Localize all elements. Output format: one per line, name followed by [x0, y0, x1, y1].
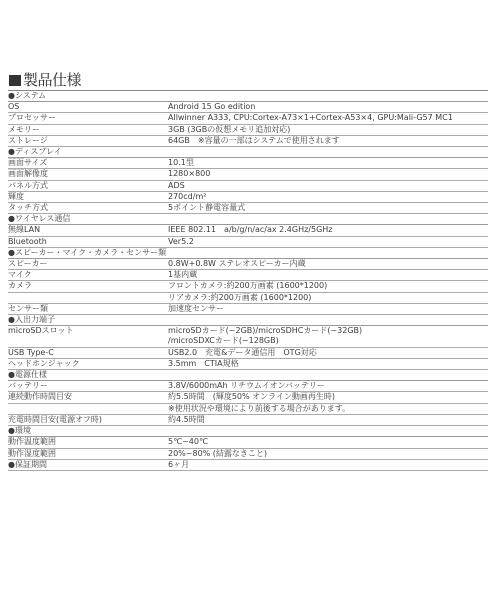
- spec-value-line: 1280×800: [168, 169, 488, 179]
- spec-value: IEEE 802.11 a/b/g/n/ac/ax 2.4GHz/5GHz: [168, 225, 488, 235]
- spec-row: 輝度270cd/m²: [8, 192, 488, 203]
- spec-row: OSAndroid 15 Go edition: [8, 102, 488, 113]
- spec-key: 輝度: [8, 192, 168, 202]
- spec-key: [8, 293, 168, 303]
- spec-key: 動作温度範囲: [8, 437, 168, 447]
- section-heading: ●環境: [8, 426, 488, 437]
- spec-value-line: 5ポイント静電容量式: [168, 203, 488, 213]
- spec-row: パネル方式ADS: [8, 181, 488, 192]
- spec-value: 0.8W+0.8W ステレオスピーカー内蔵: [168, 259, 488, 269]
- spec-value-line: IEEE 802.11 a/b/g/n/ac/ax 2.4GHz/5GHz: [168, 225, 488, 235]
- spec-title: 製品仕様: [9, 72, 81, 89]
- spec-value-line: ADS: [168, 181, 488, 191]
- spec-value: 約4.5時間: [168, 415, 488, 425]
- spec-key: Bluetooth: [8, 237, 168, 247]
- spec-row: スピーカー0.8W+0.8W ステレオスピーカー内蔵: [8, 259, 488, 270]
- spec-value-line: /microSDXCカード(~128GB): [168, 336, 488, 346]
- spec-value: 3GB (3GBの仮想メモリ追加対応): [168, 125, 488, 135]
- spec-key: 充電時間目安(電源オフ時): [8, 415, 168, 425]
- spec-value-line: 0.8W+0.8W ステレオスピーカー内蔵: [168, 259, 488, 269]
- section-heading-label: ●ディスプレイ: [8, 147, 62, 157]
- spec-table: ●システムOSAndroid 15 Go editionプロセッサーAllwin…: [8, 90, 488, 471]
- section-heading: ●システム: [8, 91, 488, 102]
- spec-row: 無線LANIEEE 802.11 a/b/g/n/ac/ax 2.4GHz/5G…: [8, 225, 488, 236]
- spec-key: ●保証期間: [8, 460, 168, 470]
- spec-key: 動作湿度範囲: [8, 449, 168, 459]
- spec-key: マイク: [8, 270, 168, 280]
- spec-key: スピーカー: [8, 259, 168, 269]
- spec-value-line: USB2.0 充電&データ通信用 OTG対応: [168, 348, 488, 358]
- spec-row: USB Type-CUSB2.0 充電&データ通信用 OTG対応: [8, 348, 488, 359]
- spec-key: 連続動作時間目安: [8, 392, 168, 402]
- spec-value-line: リアカメラ:約200万画素 (1600*1200): [168, 293, 488, 303]
- spec-row: 充電時間目安(電源オフ時)約4.5時間: [8, 415, 488, 426]
- spec-value-line: 64GB ※容量の一部はシステムで使用されます: [168, 136, 488, 146]
- spec-value: ※使用状況や環境により前後する場合があります。: [168, 404, 488, 414]
- spec-key: メモリー: [8, 125, 168, 135]
- spec-value: Allwinner A333, CPU:Cortex-A73×1+Cortex-…: [168, 113, 488, 123]
- spec-value-line: 270cd/m²: [168, 192, 488, 202]
- spec-row: 動作湿度範囲20%~80% (結露なきこと): [8, 449, 488, 460]
- spec-key: 無線LAN: [8, 225, 168, 235]
- spec-row: タッチ方式5ポイント静電容量式: [8, 203, 488, 214]
- spec-value: 20%~80% (結露なきこと): [168, 449, 488, 459]
- spec-value: リアカメラ:約200万画素 (1600*1200): [168, 293, 488, 303]
- spec-value-line: Ver5.2: [168, 237, 488, 247]
- spec-value: 6ヶ月: [168, 460, 488, 470]
- spec-key: [8, 404, 168, 414]
- square-bullet-icon: [9, 75, 21, 86]
- section-heading-label: ●入出力端子: [8, 315, 55, 325]
- spec-key: センサー類: [8, 304, 168, 314]
- spec-value-line: ※使用状況や環境により前後する場合があります。: [168, 404, 488, 414]
- section-heading: ●ディスプレイ: [8, 147, 488, 158]
- spec-value: 約5.5時間 (輝度50% オンライン動画再生時): [168, 392, 488, 402]
- section-heading-label: ●環境: [8, 426, 31, 436]
- spec-key: タッチ方式: [8, 203, 168, 213]
- spec-row: 画面サイズ10.1型: [8, 158, 488, 169]
- spec-value-line: 3.5mm CTIA規格: [168, 359, 488, 369]
- spec-key: ストレージ: [8, 136, 168, 146]
- spec-key: ヘッドホンジャック: [8, 359, 168, 369]
- spec-value-line: Allwinner A333, CPU:Cortex-A73×1+Cortex-…: [168, 113, 488, 123]
- spec-value: Android 15 Go edition: [168, 102, 488, 112]
- spec-value: ADS: [168, 181, 488, 191]
- section-heading-label: ●ワイヤレス通信: [8, 214, 70, 224]
- spec-value: USB2.0 充電&データ通信用 OTG対応: [168, 348, 488, 358]
- spec-key: カメラ: [8, 281, 168, 291]
- spec-value-line: フロントカメラ:約200万画素 (1600*1200): [168, 281, 488, 291]
- spec-row: microSDスロットmicroSDカード(~2GB)/microSDHCカード…: [8, 326, 488, 347]
- spec-key: プロセッサー: [8, 113, 168, 123]
- spec-value: 64GB ※容量の一部はシステムで使用されます: [168, 136, 488, 146]
- spec-title-text: 製品仕様: [23, 72, 81, 89]
- spec-row: リアカメラ:約200万画素 (1600*1200): [8, 293, 488, 304]
- spec-row: メモリー3GB (3GBの仮想メモリ追加対応): [8, 125, 488, 136]
- spec-value-line: 5℃~40℃: [168, 437, 488, 447]
- spec-row: ストレージ64GB ※容量の一部はシステムで使用されます: [8, 136, 488, 147]
- spec-value: 1基内蔵: [168, 270, 488, 280]
- section-heading: ●電源仕様: [8, 370, 488, 381]
- spec-value: 270cd/m²: [168, 192, 488, 202]
- spec-key: microSDスロット: [8, 326, 168, 346]
- spec-key: 画面解像度: [8, 169, 168, 179]
- spec-key: USB Type-C: [8, 348, 168, 358]
- spec-value-line: 6ヶ月: [168, 460, 488, 470]
- section-heading-label: ●スピーカー・マイク・カメラ・センサー類: [8, 248, 166, 258]
- spec-value-line: 20%~80% (結露なきこと): [168, 449, 488, 459]
- spec-value: 3.5mm CTIA規格: [168, 359, 488, 369]
- spec-value-line: 3.8V/6000mAh リチウムイオンバッテリー: [168, 381, 488, 391]
- spec-value: 5ポイント静電容量式: [168, 203, 488, 213]
- spec-value-line: 3GB (3GBの仮想メモリ追加対応): [168, 125, 488, 135]
- spec-value-line: microSDカード(~2GB)/microSDHCカード(~32GB): [168, 326, 488, 336]
- spec-value: 3.8V/6000mAh リチウムイオンバッテリー: [168, 381, 488, 391]
- spec-value: 1280×800: [168, 169, 488, 179]
- spec-row: マイク1基内蔵: [8, 270, 488, 281]
- section-heading-label: ●電源仕様: [8, 370, 47, 380]
- spec-value-line: Android 15 Go edition: [168, 102, 488, 112]
- spec-value: 10.1型: [168, 158, 488, 168]
- section-heading: ●スピーカー・マイク・カメラ・センサー類: [8, 248, 488, 259]
- spec-value: フロントカメラ:約200万画素 (1600*1200): [168, 281, 488, 291]
- spec-row: カメラフロントカメラ:約200万画素 (1600*1200): [8, 281, 488, 292]
- spec-row: センサー類加速度センサー: [8, 304, 488, 315]
- spec-value-line: 約4.5時間: [168, 415, 488, 425]
- spec-key: 画面サイズ: [8, 158, 168, 168]
- spec-value: 加速度センサー: [168, 304, 488, 314]
- spec-row: バッテリー3.8V/6000mAh リチウムイオンバッテリー: [8, 381, 488, 392]
- spec-row: プロセッサーAllwinner A333, CPU:Cortex-A73×1+C…: [8, 113, 488, 124]
- spec-key: バッテリー: [8, 381, 168, 391]
- spec-value-line: 1基内蔵: [168, 270, 488, 280]
- spec-value-line: 10.1型: [168, 158, 488, 168]
- spec-row: 連続動作時間目安約5.5時間 (輝度50% オンライン動画再生時): [8, 392, 488, 403]
- spec-row: ●保証期間6ヶ月: [8, 460, 488, 471]
- spec-row: 画面解像度1280×800: [8, 169, 488, 180]
- spec-row: 動作温度範囲5℃~40℃: [8, 437, 488, 448]
- spec-row: BluetoothVer5.2: [8, 237, 488, 248]
- spec-key: OS: [8, 102, 168, 112]
- spec-value-line: 約5.5時間 (輝度50% オンライン動画再生時): [168, 392, 488, 402]
- spec-row: ヘッドホンジャック3.5mm CTIA規格: [8, 359, 488, 370]
- section-heading: ●入出力端子: [8, 315, 488, 326]
- spec-value: 5℃~40℃: [168, 437, 488, 447]
- spec-row: ※使用状況や環境により前後する場合があります。: [8, 404, 488, 415]
- spec-value: microSDカード(~2GB)/microSDHCカード(~32GB)/mic…: [168, 326, 488, 346]
- section-heading: ●ワイヤレス通信: [8, 214, 488, 225]
- spec-value-line: 加速度センサー: [168, 304, 488, 314]
- section-heading-label: ●システム: [8, 91, 46, 101]
- spec-value: Ver5.2: [168, 237, 488, 247]
- spec-key: パネル方式: [8, 181, 168, 191]
